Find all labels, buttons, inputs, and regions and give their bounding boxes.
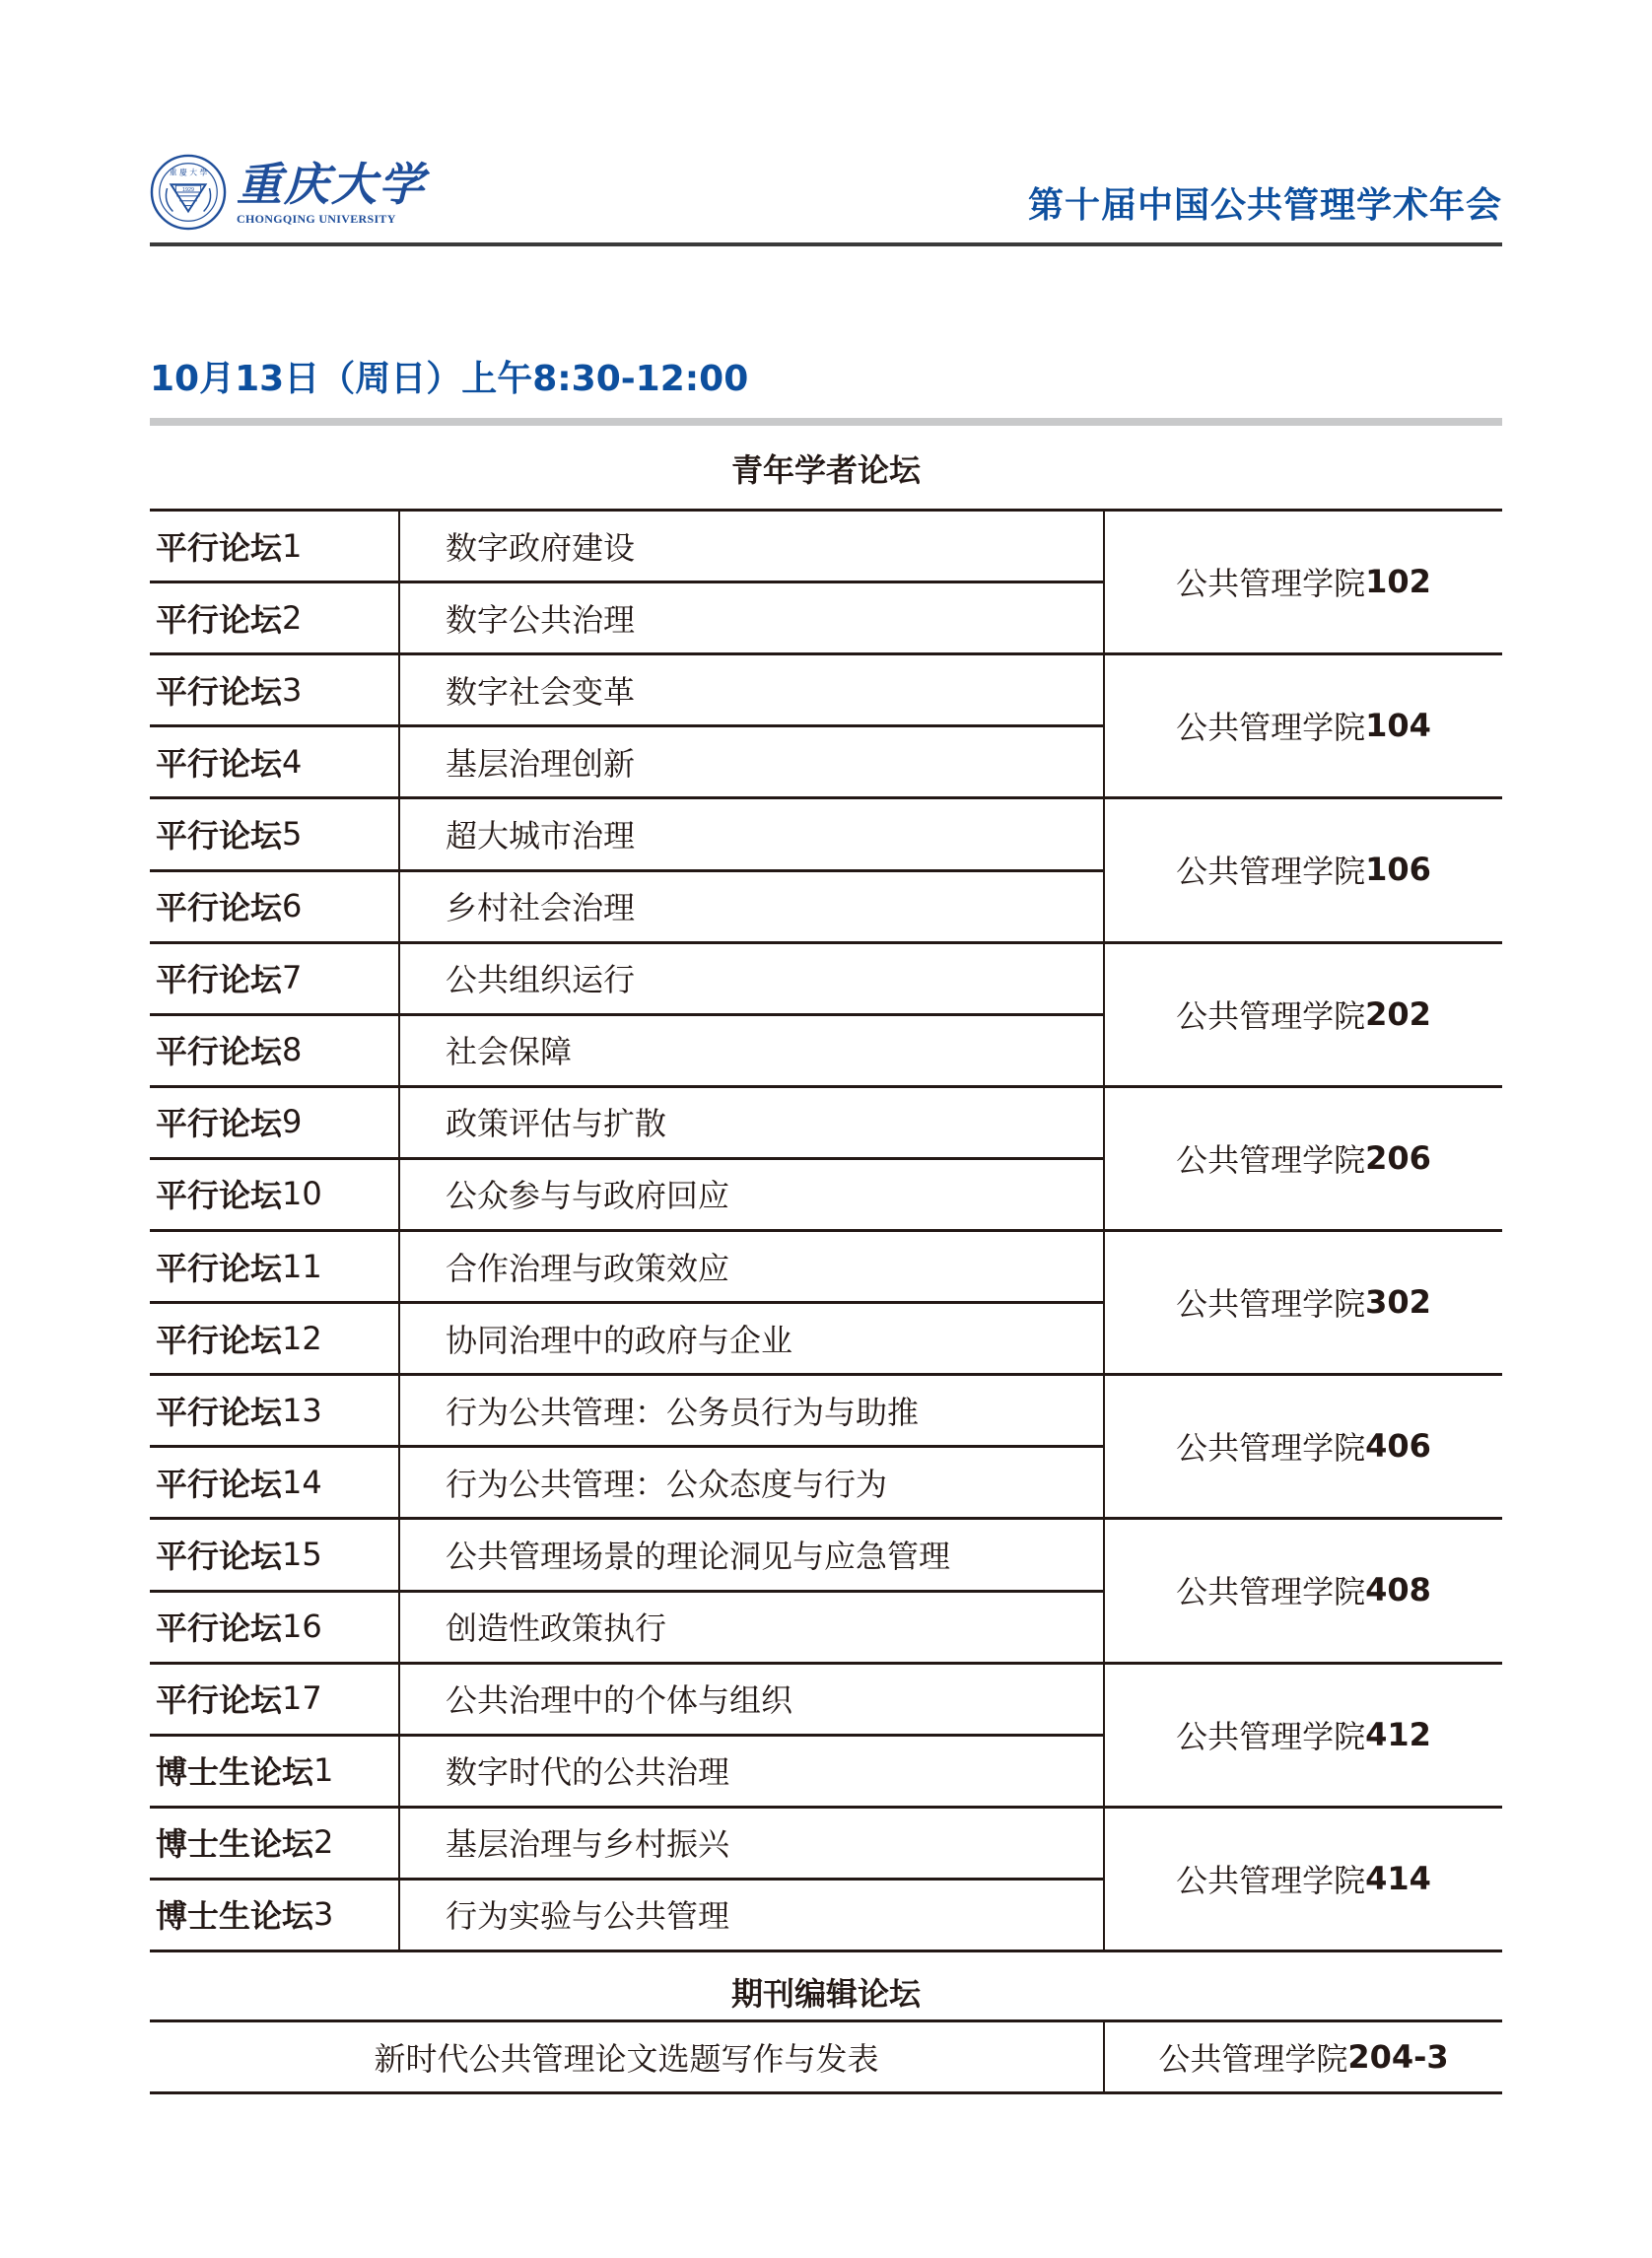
forum-name: 平行论坛13	[156, 1375, 392, 1445]
forum-label: 平行论坛	[156, 1316, 282, 1361]
forum-label: 平行论坛	[156, 1676, 282, 1721]
forum-number: 9	[282, 1103, 302, 1140]
forum-number: 1	[313, 1751, 333, 1789]
forum-label: 博士生论坛	[156, 1747, 313, 1793]
forum-venue: 公共管理学院104	[1105, 654, 1502, 796]
venue-room: 408	[1365, 1571, 1431, 1608]
forum-name: 博士生论坛3	[156, 1880, 392, 1950]
venue-room: 412	[1365, 1716, 1431, 1753]
forum-number: 16	[282, 1608, 322, 1645]
journal-forum-topic: 新时代公共管理论文选题写作与发表	[150, 2021, 1103, 2092]
forum-name: 博士生论坛2	[156, 1808, 392, 1878]
forum-venue: 公共管理学院106	[1105, 798, 1502, 940]
journal-editors-forum-table: 新时代公共管理论文选题写作与发表 公共管理学院204-3	[150, 2019, 1502, 2094]
forum-label: 平行论坛	[156, 523, 282, 569]
forum-label: 平行论坛	[156, 1460, 282, 1505]
forum-name: 平行论坛2	[156, 582, 392, 652]
forum-number: 17	[282, 1679, 322, 1717]
venue-room: 106	[1365, 851, 1431, 888]
forum-name: 平行论坛10	[156, 1159, 392, 1229]
venue-prefix: 公共管理学院	[1176, 559, 1365, 604]
section-title-journal-editors: 期刊编辑论坛	[150, 1969, 1502, 2015]
forum-number: 8	[282, 1031, 302, 1068]
forum-name: 平行论坛11	[156, 1231, 392, 1301]
page-header: 1929 重 慶 大 學 重庆大学 CHONGQING UNIVERSITY 第…	[150, 148, 1502, 244]
forum-name: 平行论坛1	[156, 511, 392, 581]
forum-number: 10	[282, 1175, 322, 1212]
forum-number: 3	[313, 1895, 333, 1933]
forum-name: 平行论坛16	[156, 1592, 392, 1662]
forum-venue: 公共管理学院408	[1105, 1519, 1502, 1661]
forum-name: 平行论坛17	[156, 1664, 392, 1734]
young-scholars-forum-table: 平行论坛1数字政府建设平行论坛2数字公共治理公共管理学院102平行论坛3数字社会…	[150, 509, 1502, 1950]
forum-number: 6	[282, 887, 302, 924]
logo-chinese-name: 重庆大学	[237, 159, 426, 210]
forum-label: 平行论坛	[156, 955, 282, 1000]
column-divider	[398, 509, 400, 1950]
venue-prefix: 公共管理学院	[1176, 1279, 1365, 1325]
forum-name: 平行论坛3	[156, 654, 392, 724]
forum-name: 平行论坛4	[156, 726, 392, 796]
forum-venue: 公共管理学院412	[1105, 1664, 1502, 1806]
venue-room: 202	[1365, 995, 1431, 1033]
forum-name: 平行论坛6	[156, 871, 392, 941]
forum-label: 平行论坛	[156, 1244, 282, 1289]
forum-number: 13	[282, 1392, 322, 1429]
forum-label: 平行论坛	[156, 1027, 282, 1072]
forum-venue: 公共管理学院202	[1105, 943, 1502, 1085]
forum-number: 2	[282, 599, 302, 637]
section-title-young-scholars: 青年学者论坛	[150, 445, 1502, 491]
forum-name: 平行论坛9	[156, 1087, 392, 1157]
forum-venue: 公共管理学院302	[1105, 1231, 1502, 1373]
venue-prefix: 公共管理学院	[1176, 847, 1365, 892]
forum-number: 12	[282, 1320, 322, 1357]
conference-title: 第十届中国公共管理学术年会	[1028, 177, 1502, 228]
session-date-heading: 10月13日（周日）上午8:30-12:00	[150, 351, 748, 401]
venue-prefix: 公共管理学院	[1176, 1135, 1365, 1181]
forum-number: 5	[282, 815, 302, 853]
venue-room: 104	[1365, 707, 1431, 744]
forum-name: 平行论坛8	[156, 1015, 392, 1085]
venue-room: 206	[1365, 1139, 1431, 1177]
forum-label: 平行论坛	[156, 1532, 282, 1577]
forum-number: 15	[282, 1536, 322, 1573]
forum-name: 平行论坛15	[156, 1519, 392, 1589]
venue-prefix: 公共管理学院	[1176, 992, 1365, 1037]
forum-label: 平行论坛	[156, 811, 282, 856]
forum-number: 2	[313, 1823, 333, 1861]
group-rule	[150, 1950, 1502, 1952]
forum-label: 平行论坛	[156, 1388, 282, 1433]
forum-venue: 公共管理学院406	[1105, 1375, 1502, 1517]
svg-text:重 慶 大 學: 重 慶 大 學	[170, 167, 208, 176]
venue-room: 302	[1365, 1283, 1431, 1321]
header-divider	[150, 242, 1502, 246]
logo-english-name: CHONGQING UNIVERSITY	[237, 212, 426, 227]
forum-number: 7	[282, 959, 302, 996]
forum-number: 4	[282, 743, 302, 781]
venue-prefix: 公共管理学院	[1176, 1423, 1365, 1469]
forum-name: 平行论坛12	[156, 1303, 392, 1373]
forum-name: 平行论坛7	[156, 943, 392, 1013]
forum-label: 平行论坛	[156, 1604, 282, 1649]
svg-text:1929: 1929	[182, 187, 194, 193]
forum-label: 平行论坛	[156, 595, 282, 641]
university-logo: 1929 重 慶 大 學 重庆大学 CHONGQING UNIVERSITY	[150, 154, 426, 231]
forum-number: 11	[282, 1248, 322, 1285]
venue-room: 406	[1365, 1427, 1431, 1465]
forum-number: 3	[282, 671, 302, 709]
forum-label: 平行论坛	[156, 739, 282, 785]
venue-prefix: 公共管理学院	[1176, 1567, 1365, 1612]
venue-prefix: 公共管理学院	[1158, 2034, 1347, 2080]
forum-label: 平行论坛	[156, 667, 282, 713]
forum-label: 平行论坛	[156, 1099, 282, 1144]
forum-name: 平行论坛14	[156, 1447, 392, 1517]
forum-venue: 公共管理学院206	[1105, 1087, 1502, 1229]
forum-number: 1	[282, 527, 302, 565]
forum-name: 博士生论坛1	[156, 1736, 392, 1806]
university-seal-icon: 1929 重 慶 大 學	[150, 154, 227, 231]
venue-prefix: 公共管理学院	[1176, 1712, 1365, 1757]
forum-name: 平行论坛5	[156, 798, 392, 868]
journal-forum-venue: 公共管理学院204-3	[1105, 2021, 1502, 2092]
forum-venue: 公共管理学院102	[1105, 511, 1502, 652]
venue-prefix: 公共管理学院	[1176, 703, 1365, 748]
venue-room: 204-3	[1347, 2038, 1448, 2076]
forum-label: 平行论坛	[156, 1171, 282, 1216]
venue-room: 102	[1365, 563, 1431, 600]
forum-label: 博士生论坛	[156, 1819, 313, 1865]
venue-room: 414	[1365, 1860, 1431, 1897]
forum-label: 博士生论坛	[156, 1891, 313, 1937]
forum-venue: 公共管理学院414	[1105, 1808, 1502, 1950]
venue-prefix: 公共管理学院	[1176, 1856, 1365, 1901]
forum-label: 平行论坛	[156, 883, 282, 928]
forum-number: 14	[282, 1464, 322, 1501]
column-divider	[1103, 509, 1105, 1950]
date-divider-bar	[150, 418, 1502, 426]
